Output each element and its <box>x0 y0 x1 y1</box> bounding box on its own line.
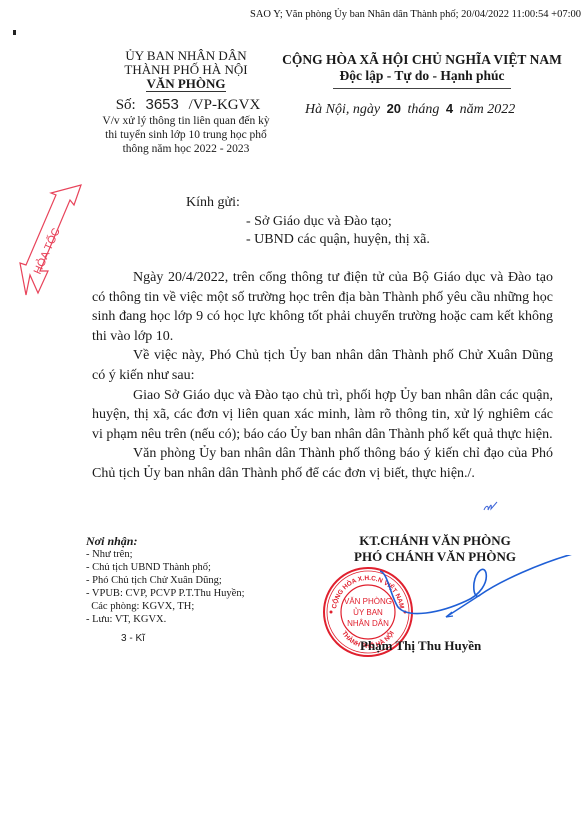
distribution-item: - Lưu: VT, KGVX. <box>86 613 245 626</box>
issuer-line2: THÀNH PHỐ HÀ NỘI <box>100 63 272 77</box>
signer-name: Phạm Thị Thu Huyền <box>360 638 481 654</box>
svg-text:ỦY BAN: ỦY BAN <box>353 608 383 617</box>
urgency-stamp-icon: HỎA TỐC <box>18 183 88 303</box>
document-date: Hà Nội, ngày 20 tháng 4 năm 2022 <box>305 101 515 118</box>
distribution-item: - Phó Chủ tịch Chử Xuân Dũng; <box>86 574 245 587</box>
handwritten-signature-icon <box>380 555 580 635</box>
digital-copy-stamp: SAO Y; Văn phòng Ủy ban Nhân dân Thành p… <box>250 9 581 20</box>
distribution-title: Nơi nhận: <box>86 535 245 548</box>
issuer-line3: VĂN PHÒNG <box>100 77 272 91</box>
so-number: 3653 <box>139 96 184 113</box>
date-day: 20 <box>384 101 404 116</box>
handwritten-note: 3 - Kĩ <box>121 632 245 645</box>
motto-underline <box>333 88 511 89</box>
so-label: Số: <box>116 97 136 113</box>
body-paragraph: Ngày 20/4/2022, trên cổng thông tư điện … <box>92 268 553 346</box>
scan-artifact <box>13 30 16 35</box>
body-paragraph: Về việc này, Phó Chủ tịch Ủy ban nhân dâ… <box>92 346 553 385</box>
distribution-item: Các phòng: KGVX, TH; <box>86 600 245 613</box>
document-body: Ngày 20/4/2022, trên cổng thông tư điện … <box>92 268 553 484</box>
recipient-item: - Sở Giáo dục và Đào tạo; <box>246 213 430 231</box>
document-subject: V/v xử lý thông tin liên quan đến kỳ thi… <box>100 114 272 156</box>
distribution-list: Nơi nhận: - Như trên; - Chủ tịch UBND Th… <box>86 535 245 645</box>
salutation: Kính gửi: <box>186 195 240 211</box>
urgency-stamp-text: HỎA TỐC <box>30 225 63 276</box>
national-name: CỘNG HÒA XÃ HỘI CHỦ NGHĨA VIỆT NAM <box>272 52 572 68</box>
distribution-item: - Chủ tịch UBND Thành phố; <box>86 561 245 574</box>
recipient-list: - Sở Giáo dục và Đào tạo; - UBND các quậ… <box>246 213 430 249</box>
signature-title-line1: KT.CHÁNH VĂN PHÒNG <box>330 533 540 549</box>
national-motto: Độc lập - Tự do - Hạnh phúc <box>272 68 572 84</box>
date-month: 4 <box>443 101 456 116</box>
distribution-item: - VPUB: CVP, PCVP P.T.Thu Huyền; <box>86 587 245 600</box>
body-paragraph: Văn phòng Ủy ban nhân dân Thành phố thôn… <box>92 444 553 483</box>
body-paragraph: Giao Sở Giáo dục và Đào tạo chủ trì, phố… <box>92 386 553 445</box>
issuer-line1: ỦY BAN NHÂN DÂN <box>100 49 272 63</box>
national-header: CỘNG HÒA XÃ HỘI CHỦ NGHĨA VIỆT NAM Độc l… <box>272 52 572 89</box>
initials-mark-icon <box>482 499 500 513</box>
recipient-item: - UBND các quận, huyện, thị xã. <box>246 231 430 249</box>
distribution-item: - Như trên; <box>86 548 245 561</box>
issuer-header: ỦY BAN NHÂN DÂN THÀNH PHỐ HÀ NỘI VĂN PHÒ… <box>100 49 272 91</box>
document-number: Số: 3653 /VP-KGVX <box>104 96 272 114</box>
so-suffix: /VP-KGVX <box>189 97 261 113</box>
